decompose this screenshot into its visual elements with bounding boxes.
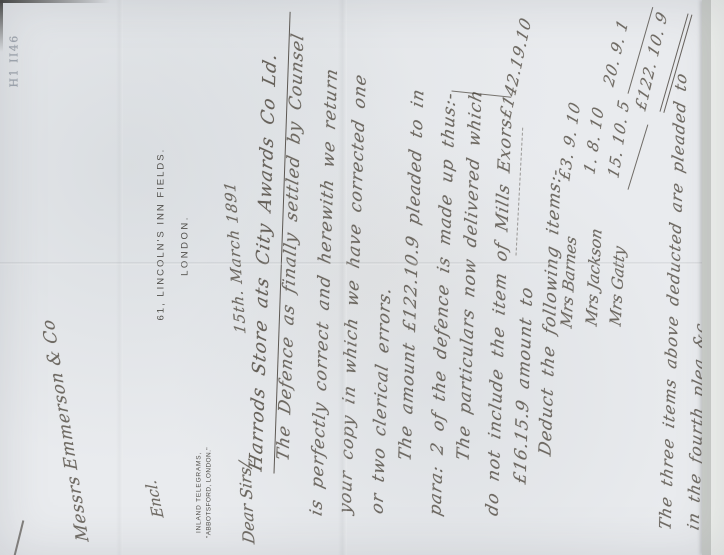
- deductions-total: 20. 9. 1: [600, 16, 632, 89]
- deduction-name: Mrs Jackson: [583, 226, 606, 328]
- letterhead-address-line1: 61, LINCOLN'S INN FIELDS.: [156, 171, 167, 321]
- scanned-letter: H1 II46 Messrs Emmerson & Co Encl. 61, L…: [0, 0, 724, 555]
- deduction-name: Mrs Gatty: [607, 244, 629, 328]
- body-line: £16.15.9 amount to: [511, 284, 538, 486]
- particulars-total: £142.19.10: [496, 14, 535, 121]
- docket-addressee: Messrs Emmerson & Co: [38, 319, 94, 542]
- letterhead-address-line2: LONDON.: [180, 171, 191, 321]
- scan-edge: [0, 0, 110, 3]
- archive-mark: H1 II46: [8, 34, 21, 87]
- letterhead-telegrams-line2: "ABBOTSFORD, LONDON.": [206, 442, 213, 544]
- leader-line: [516, 128, 524, 256]
- body-line: The amount £122.10.9 pleaded to in: [396, 86, 429, 463]
- letterhead-telegrams-line1: INLAND TELEGRAMS,: [196, 442, 203, 544]
- scan-edge: [702, 0, 711, 555]
- fold-crease: [0, 262, 724, 265]
- deduction-amount: 15. 10. 5: [605, 97, 633, 181]
- scan-edge: [711, 0, 724, 555]
- scan-edge: [0, 0, 3, 52]
- letter-page: H1 II46 Messrs Emmerson & Co Encl. 61, L…: [0, 1, 724, 555]
- body-line: or two clerical errors.: [368, 284, 396, 515]
- docket-enclosure-note: Encl.: [141, 479, 168, 517]
- deduction-amount: 1. 8. 10: [581, 104, 608, 177]
- sum-rule: [628, 124, 649, 189]
- fold-crease: [338, 0, 347, 555]
- letter-date: 15th. March 1891: [221, 180, 250, 335]
- deduction-name: Mrs Barnes: [558, 234, 581, 330]
- fold-crease: [116, 0, 123, 555]
